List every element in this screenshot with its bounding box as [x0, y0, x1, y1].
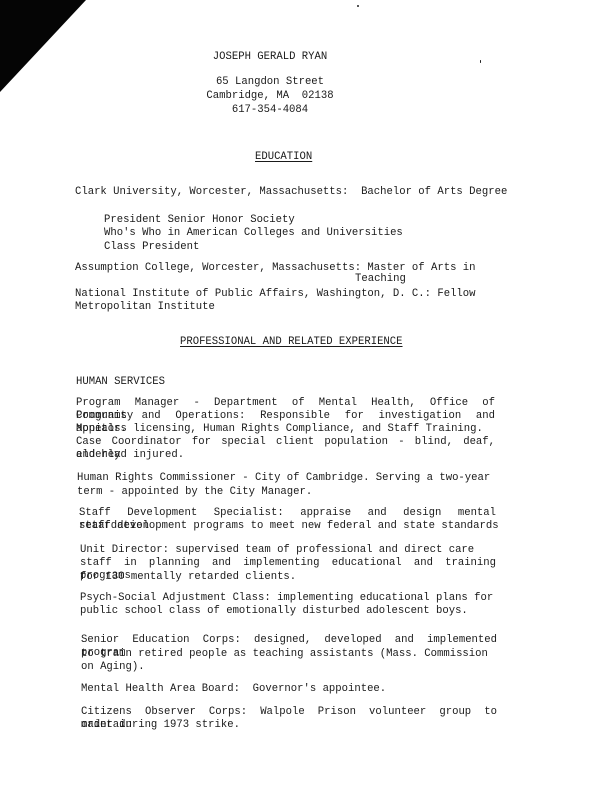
experience-line: Monitors licensing, Human Rights Complia…: [76, 423, 495, 436]
experience-line: public school class of emotionally distu…: [80, 605, 468, 618]
address-street: 65 Langdon Street: [200, 76, 340, 89]
phone-number: 617-354-4084: [200, 104, 340, 117]
education-assumption-line2: Teaching: [355, 273, 406, 286]
experience-line: staff development programs to meet new f…: [79, 520, 499, 533]
honor-item: President Senior Honor Society: [104, 214, 295, 227]
experience-line: Unit Director: supervised team of profes…: [80, 544, 496, 557]
honor-item: Class President: [104, 241, 199, 254]
experience-subheading: HUMAN SERVICES: [76, 376, 165, 389]
scan-speck: [357, 5, 359, 7]
address-city: Cambridge, MA 02138: [200, 90, 340, 103]
experience-line: Human Rights Commissioner - City of Camb…: [77, 472, 495, 485]
education-nipa-line1: National Institute of Public Affairs, Wa…: [75, 288, 493, 301]
resume-name: JOSEPH GERALD RYAN: [200, 51, 340, 64]
experience-heading: PROFESSIONAL AND RELATED EXPERIENCE: [180, 336, 403, 349]
experience-line: order during 1973 strike.: [81, 719, 240, 732]
education-nipa-line2: Metropolitan Institute: [75, 301, 215, 314]
experience-line: and head injured.: [76, 449, 184, 462]
scan-speck: [480, 60, 481, 63]
education-assumption-line1: Assumption College, Worcester, Massachus…: [75, 262, 493, 275]
experience-line: to train retired people as teaching assi…: [81, 648, 497, 661]
experience-line: term - appointed by the City Manager.: [77, 486, 312, 499]
experience-line: for 130 mentally retarded clients.: [80, 571, 296, 584]
experience-line: on Aging).: [81, 661, 145, 674]
education-heading: EDUCATION: [255, 151, 312, 164]
scan-corner-shadow: [0, 0, 86, 92]
experience-line: Mental Health Area Board: Governor's app…: [81, 683, 386, 696]
education-clark: Clark University, Worcester, Massachuset…: [75, 186, 507, 199]
honor-item: Who's Who in American Colleges and Unive…: [104, 227, 403, 240]
experience-line: Psych-Social Adjustment Class: implement…: [80, 592, 496, 605]
